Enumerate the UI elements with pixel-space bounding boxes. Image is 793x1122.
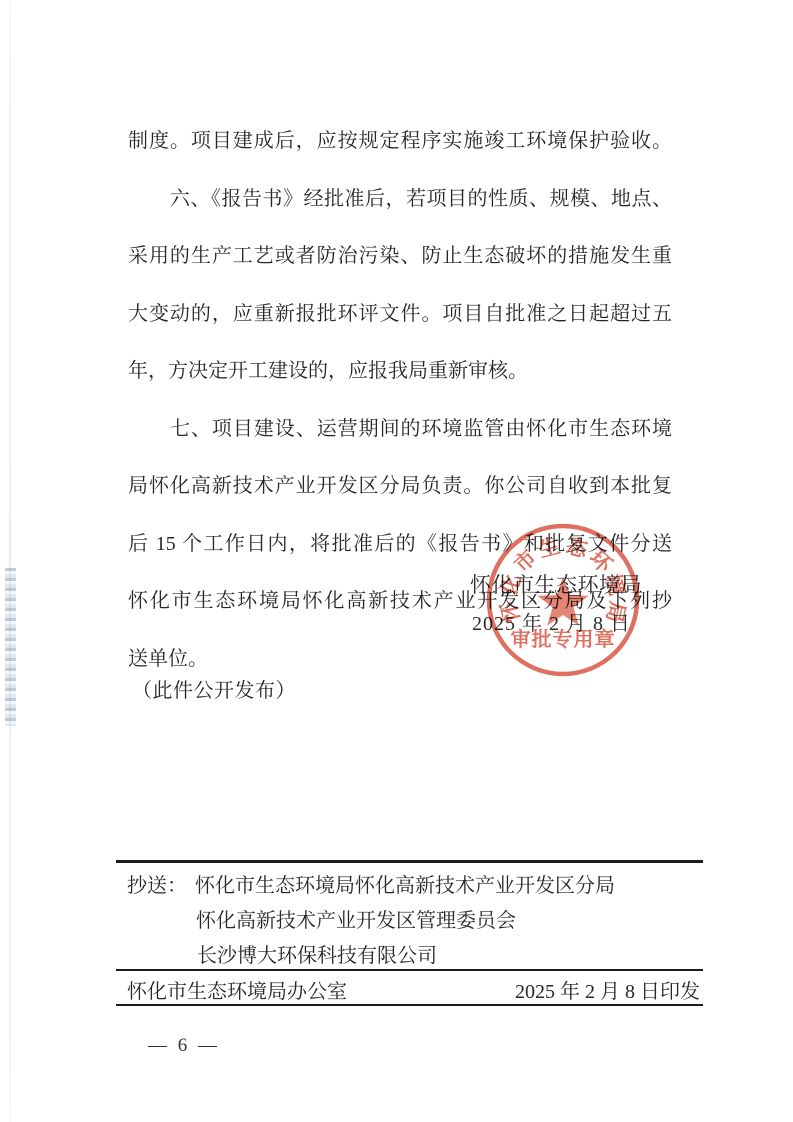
svg-text:生: 生 (536, 534, 562, 563)
body-line: 年，方决定开工建设的，应报我局重新审核。 (128, 353, 672, 391)
official-seal: 怀化市生态环境局 审批专用章 (478, 515, 648, 685)
public-release-note: （此件公开发布） (132, 674, 296, 703)
seal-star (537, 577, 588, 626)
svg-text:怀: 怀 (496, 598, 525, 626)
seal-graphic: 怀化市生态环境局 审批专用章 (478, 515, 648, 685)
divider-line-bottom (116, 1004, 703, 1006)
page-number: — 6 — (148, 1035, 220, 1057)
footer-row: 怀化市生态环境局办公室 2025 年 2 月 8 日印发 (127, 975, 700, 1004)
seal-bottom-text: 审批专用章 (511, 627, 616, 651)
scan-edge-line-artifact (9, 0, 11, 1122)
body-line: 七、项目建设、运营期间的环境监管由怀化市生态环境 (128, 411, 672, 449)
body-line: 采用的生产工艺或者防治污染、防止生态破坏的措施发生重 (128, 238, 672, 276)
body-line: 六、《报告书》经批准后，若项目的性质、规模、地点、 (128, 181, 672, 219)
svg-text:市: 市 (510, 545, 542, 577)
body-line: 大变动的，应重新报批环评文件。项目自批准之日起超过五 (128, 296, 672, 334)
svg-text:局: 局 (602, 599, 630, 625)
svg-text:境: 境 (600, 571, 629, 598)
body-line: 制度。项目建成后，应按规定程序实施竣工环境保护验收。 (128, 123, 672, 161)
print-date: 2025 年 2 月 8 日印发 (515, 975, 700, 1004)
cc-item: 怀化高新技术产业开发区管理委员会 (196, 904, 516, 933)
scan-noise-artifact (5, 568, 16, 726)
cc-item: 怀化市生态环境局怀化高新技术产业开发区分局 (195, 869, 615, 898)
svg-text:化: 化 (496, 571, 525, 599)
document-page: 制度。项目建成后，应按规定程序实施竣工环境保护验收。 六、《报告书》经批准后，若… (0, 0, 793, 1122)
cc-item: 长沙博大环保科技有限公司 (197, 939, 437, 968)
cc-label: 抄送： (127, 869, 187, 898)
svg-text:环: 环 (585, 545, 618, 578)
body-line: 局怀化高新技术产业开发区分局负责。你公司自收到本批复 (128, 468, 672, 506)
divider-line-top (116, 860, 703, 863)
issuing-office: 怀化市生态环境局办公室 (127, 975, 347, 1004)
divider-line-middle (116, 969, 703, 971)
svg-text:态: 态 (563, 534, 590, 563)
